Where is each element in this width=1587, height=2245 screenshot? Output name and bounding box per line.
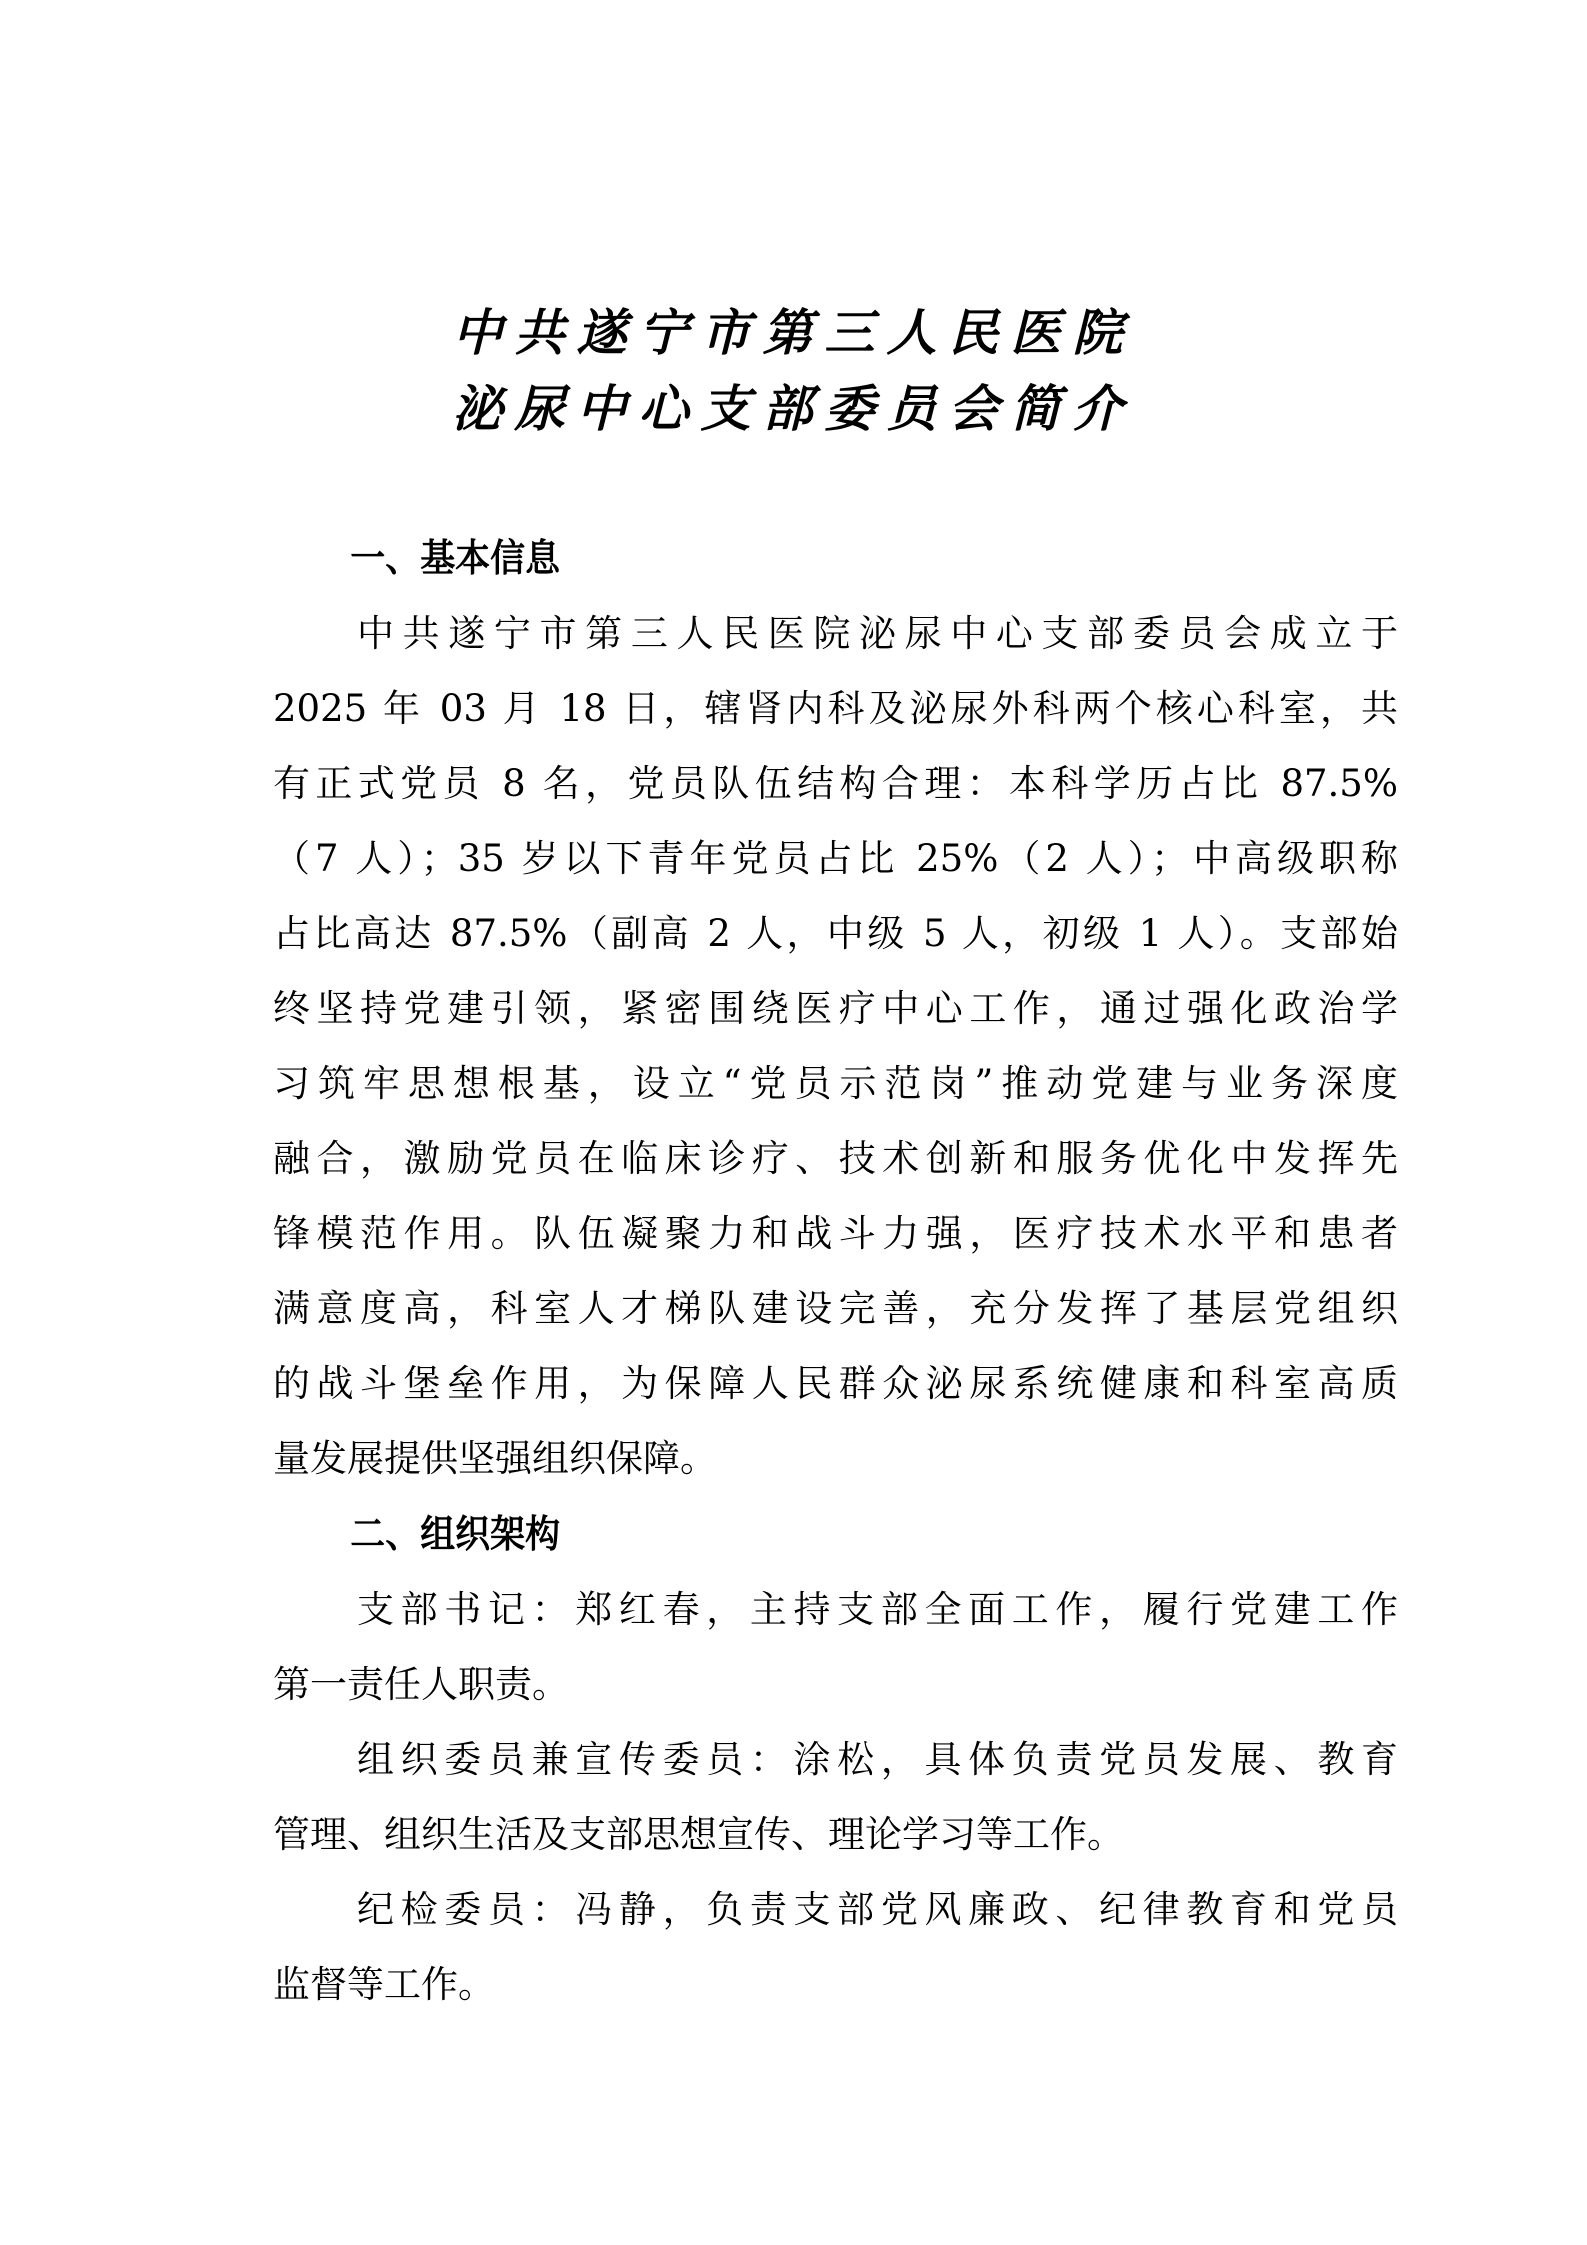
text-line: 有正式党员 8 名，党员队伍结构合理：本科学历占比 87.5% — [273, 746, 1398, 821]
paragraph-basic-info: 中共遂宁市第三人民医院泌尿中心支部委员会成立于 2025 年 03 月 18 日… — [273, 596, 1398, 1496]
title-line-2: 泌尿中心支部委员会简介 — [0, 371, 1587, 447]
text-line: 习筑牢思想根基，设立“党员示范岗”推动党建与业务深度 — [273, 1046, 1398, 1121]
text-line: 组织委员兼宣传委员：涂松，具体负责党员发展、教育 — [273, 1722, 1398, 1797]
text-line: 的战斗堡垒作用，为保障人民群众泌尿系统健康和科室高质 — [273, 1346, 1398, 1421]
text-line: 监督等工作。 — [273, 1947, 1398, 2022]
text-line: 终坚持党建引领，紧密围绕医疗中心工作，通过强化政治学 — [273, 971, 1398, 1046]
text-line: 纪检委员：冯静，负责支部党风廉政、纪律教育和党员 — [273, 1872, 1398, 1947]
paragraph-secretary: 支部书记：郑红春，主持支部全面工作，履行党建工作 第一责任人职责。 — [273, 1572, 1398, 1722]
document-body: 一、基本信息 中共遂宁市第三人民医院泌尿中心支部委员会成立于 2025 年 03… — [273, 520, 1398, 2022]
text-line: 第一责任人职责。 — [273, 1647, 1398, 1722]
text-line: 锋模范作用。队伍凝聚力和战斗力强，医疗技术水平和患者 — [273, 1196, 1398, 1271]
document-title: 中共遂宁市第三人民医院 泌尿中心支部委员会简介 — [0, 295, 1587, 447]
text-line: 满意度高，科室人才梯队建设完善，充分发挥了基层党组织 — [273, 1271, 1398, 1346]
text-line: 管理、组织生活及支部思想宣传、理论学习等工作。 — [273, 1797, 1398, 1872]
text-line: 支部书记：郑红春，主持支部全面工作，履行党建工作 — [273, 1572, 1398, 1647]
text-line: 占比高达 87.5%（副高 2 人，中级 5 人，初级 1 人）。支部始 — [273, 896, 1398, 971]
text-line: 2025 年 03 月 18 日，辖肾内科及泌尿外科两个核心科室，共 — [273, 671, 1398, 746]
title-line-1: 中共遂宁市第三人民医院 — [0, 295, 1587, 371]
paragraph-organization-committee-member: 组织委员兼宣传委员：涂松，具体负责党员发展、教育 管理、组织生活及支部思想宣传、… — [273, 1722, 1398, 1872]
text-line: 量发展提供坚强组织保障。 — [273, 1421, 1398, 1496]
document-page: 中共遂宁市第三人民医院 泌尿中心支部委员会简介 一、基本信息 中共遂宁市第三人民… — [0, 0, 1587, 2245]
section-heading-basic-info: 一、基本信息 — [273, 520, 1308, 596]
section-heading-organization: 二、组织架构 — [273, 1496, 1308, 1572]
text-line: 中共遂宁市第三人民医院泌尿中心支部委员会成立于 — [273, 596, 1398, 671]
text-line: （7 人）；35 岁以下青年党员占比 25%（2 人）；中高级职称 — [273, 821, 1398, 896]
paragraph-discipline-committee-member: 纪检委员：冯静，负责支部党风廉政、纪律教育和党员 监督等工作。 — [273, 1872, 1398, 2022]
text-line: 融合，激励党员在临床诊疗、技术创新和服务优化中发挥先 — [273, 1121, 1398, 1196]
